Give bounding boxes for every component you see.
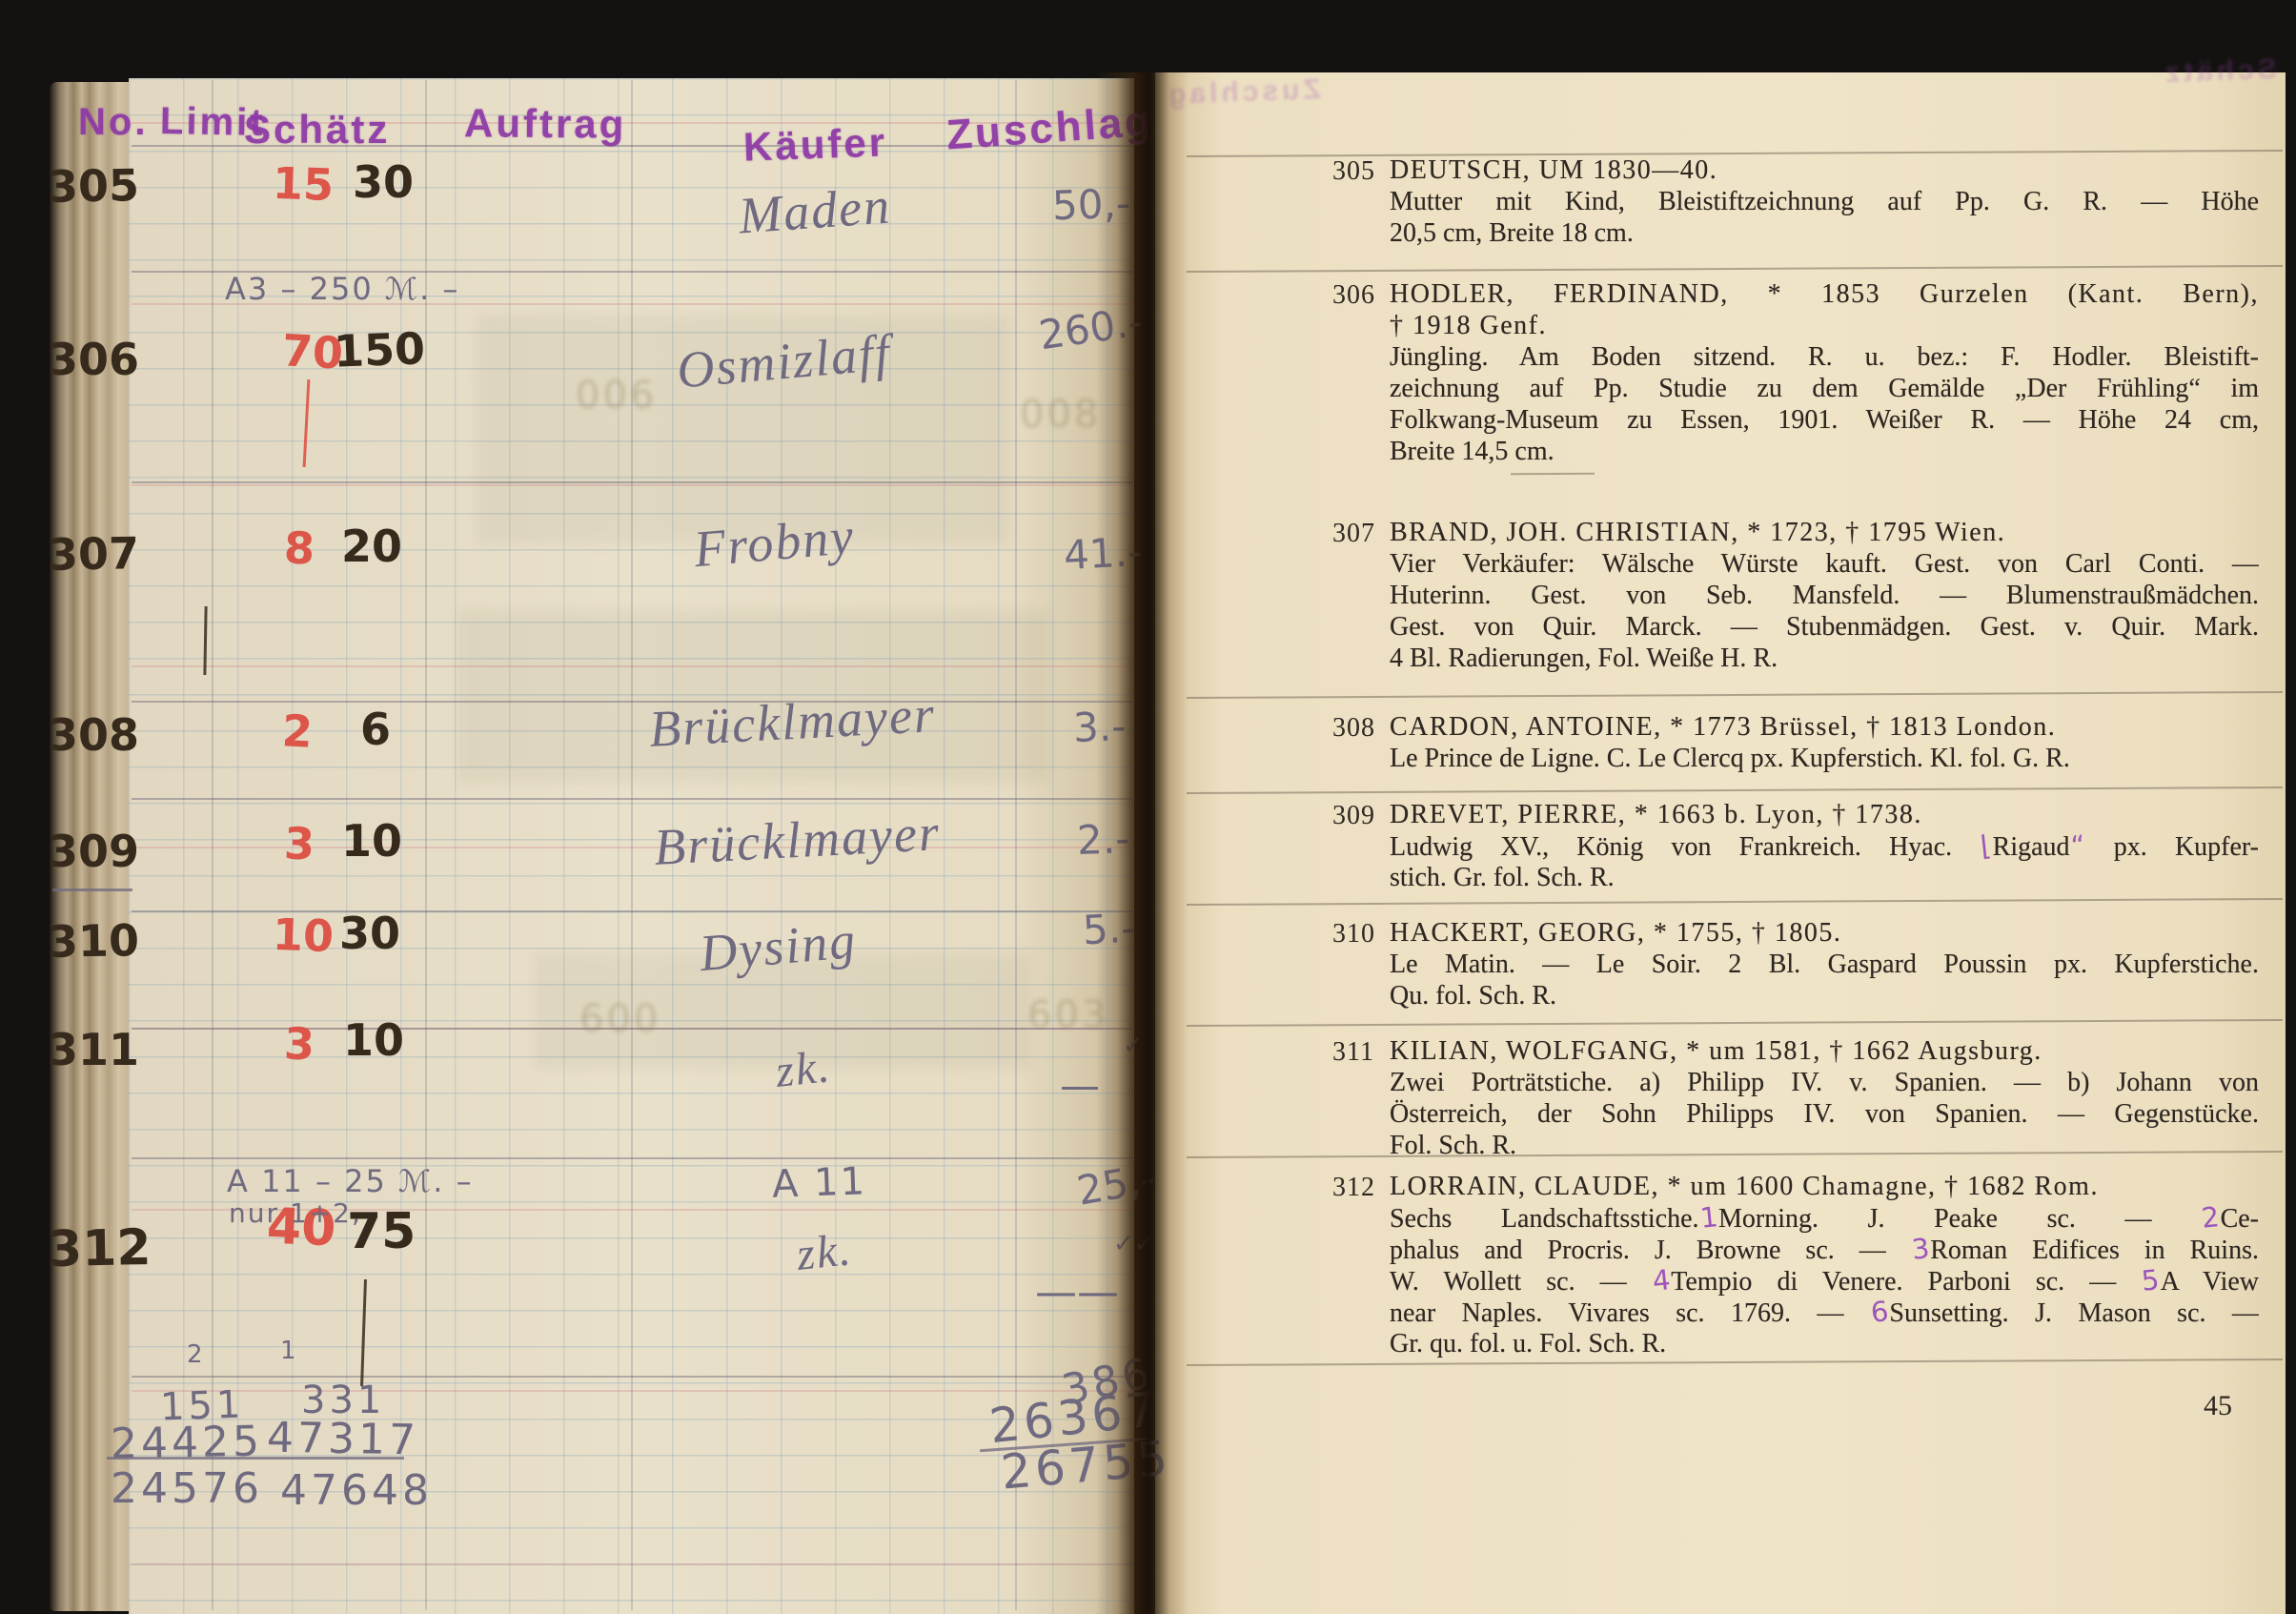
ghost-stamp: Zuschlag	[1164, 73, 1321, 112]
print-text: Morning. J. Peake sc. —	[1718, 1204, 2201, 1234]
ledger-column-line	[212, 80, 213, 1610]
handwritten-mark: 4	[1651, 1265, 1672, 1297]
zuschlag-extra: ——	[1035, 1268, 1119, 1317]
entry-body-line: Huterinn. Gest. von Seb. Mansfeld. — Blu…	[1390, 580, 2259, 611]
catalog-entry: 306HODLER, FERDINAND, * 1853 Gurzelen (K…	[1332, 278, 2263, 467]
zuschlag-value: —	[1060, 1062, 1100, 1109]
sum-carry-small: 2	[187, 1340, 205, 1369]
lot-number: 308	[48, 709, 139, 761]
entry-text-block: KILIAN, WOLFGANG, * um 1581, † 1662 Augs…	[1390, 1035, 2259, 1161]
print-text: phalus and Procris. J. Browne sc. —	[1390, 1236, 1911, 1265]
limit-value: 10	[272, 909, 335, 962]
entry-body-line: Gr. qu. fol. u. Fol. Sch. R.	[1390, 1328, 2259, 1359]
schaetz-value: 10	[341, 815, 402, 867]
auftrag-note: A 11 – 25 ℳ. –	[227, 1163, 474, 1199]
lot-number: 310	[48, 914, 140, 968]
print-text: Rigaud	[1993, 832, 2070, 862]
entry-body-line: stich. Gr. fol. Sch. R.	[1390, 862, 2259, 893]
sum-carry-small: 1	[280, 1337, 298, 1365]
print-text: † 1918 Genf.	[1390, 311, 1547, 340]
entry-body-line: Le Matin. — Le Soir. 2 Bl. Gaspard Pouss…	[1390, 949, 2259, 980]
zuschlag-value: 41.-	[1063, 528, 1143, 579]
handwritten-mark: 5	[2141, 1265, 2162, 1297]
entry-heading-line: HODLER, FERDINAND, * 1853 Gurzelen (Kant…	[1390, 278, 2259, 310]
entry-body-line: Breite 14,5 cm.	[1390, 436, 2259, 467]
entry-body-line: Zwei Porträtstiche. a) Philipp IV. v. Sp…	[1390, 1067, 2259, 1098]
zuschlag-value: 50,-	[1051, 180, 1131, 230]
print-text: Ce-	[2221, 1204, 2259, 1234]
print-text: px. Kupfer-	[2086, 832, 2259, 862]
sum-subtotal: 24425	[111, 1418, 264, 1469]
check-marks: ✓✓	[1113, 1230, 1155, 1258]
lot-number: 305	[48, 159, 140, 213]
handwritten-mark: ⌊	[1980, 830, 1994, 862]
print-text: 20,5 cm, Breite 18 cm.	[1390, 218, 1634, 248]
page-number: 45	[2204, 1390, 2232, 1422]
entry-text-block: LORRAIN, CLAUDE, * um 1600 Chamagne, † 1…	[1390, 1171, 2259, 1359]
column-header-kaeufer: Käufer	[742, 119, 888, 170]
print-text: CARDON, ANTOINE, * 1773 Brüssel, † 1813 …	[1390, 712, 2056, 742]
zuschlag-value: 3.-	[1072, 703, 1127, 751]
column-header-auftrag: Auftrag	[464, 100, 627, 147]
entry-body-line: 20,5 cm, Breite 18 cm.	[1390, 217, 2259, 249]
print-text: Huterinn. Gest. von Seb. Mansfeld. — Blu…	[1390, 581, 2259, 610]
print-text: Österreich, der Sohn Philipps IV. von Sp…	[1390, 1099, 2259, 1129]
lot-number: 309	[48, 826, 139, 877]
limit-value: 3	[283, 817, 315, 869]
print-text: DREVET, PIERRE, * 1663 b. Lyon, † 1738.	[1390, 800, 1922, 829]
entry-lot-number: 308	[1332, 713, 1375, 744]
catalog-entry: 308CARDON, ANTOINE, * 1773 Brüssel, † 18…	[1332, 711, 2263, 774]
entry-text-block: HODLER, FERDINAND, * 1853 Gurzelen (Kant…	[1390, 278, 2259, 467]
entry-body-line: Österreich, der Sohn Philipps IV. von Sp…	[1390, 1098, 2259, 1130]
print-text: W. Wollett sc. —	[1390, 1267, 1652, 1297]
print-text: 4 Bl. Radierungen, Fol. Weiße H. R.	[1390, 644, 1778, 673]
ghost-numerals: 600	[579, 997, 660, 1041]
print-text: Jüngling. Am Boden sitzend. R. u. bez.: …	[1390, 342, 2259, 372]
entry-lot-number: 312	[1332, 1173, 1375, 1203]
entry-lot-number: 307	[1332, 519, 1375, 549]
entry-heading-line: LORRAIN, CLAUDE, * um 1600 Chamagne, † 1…	[1390, 1171, 2259, 1202]
print-text: zeichnung auf Pp. Studie zu dem Gemälde …	[1390, 374, 2259, 403]
entry-body-line: Ludwig XV., König von Frankreich. Hyac. …	[1390, 830, 2259, 862]
handwritten-mark: 1	[1698, 1202, 1719, 1234]
print-text: Le Matin. — Le Soir. 2 Bl. Gaspard Pouss…	[1390, 950, 2259, 979]
ghost-stamp: Schätz	[2161, 53, 2277, 90]
limit-value: 2	[281, 705, 315, 758]
zuschlag-value: 5.-	[1082, 905, 1137, 954]
sum-total: 47648	[280, 1466, 433, 1515]
schaetz-value: 20	[341, 521, 402, 572]
print-text: Gr. qu. fol. u. Fol. Sch. R.	[1390, 1329, 1666, 1359]
kaeufer-name: Maden	[737, 175, 893, 245]
entry-text-block: DREVET, PIERRE, * 1663 b. Lyon, † 1738.L…	[1390, 799, 2259, 893]
limit-value: 8	[283, 521, 315, 574]
print-text: DEUTSCH, UM 1830—40.	[1390, 155, 1717, 185]
sum-underline	[107, 1457, 404, 1460]
print-text: Mutter mit Kind, Bleistiftzeichnung auf …	[1390, 187, 2259, 216]
kaeufer-name: A 11	[771, 1159, 867, 1206]
auftrag-note: A3 – 250 ℳ. –	[225, 271, 459, 307]
print-text: BRAND, JOH. CHRISTIAN, * 1723, † 1795 Wi…	[1390, 518, 2005, 547]
lot-number: 307	[48, 527, 140, 581]
entry-heading-line: DEUTSCH, UM 1830—40.	[1390, 154, 2259, 186]
kaeufer-extra: zk.	[794, 1223, 854, 1281]
entry-body-line: 4 Bl. Radierungen, Fol. Weiße H. R.	[1390, 643, 2259, 674]
handwritten-mark: 3	[1910, 1234, 1931, 1265]
entry-body-line: near Naples. Vivares sc. 1769. — 6Sunset…	[1390, 1297, 2259, 1328]
entry-text-block: HACKERT, GEORG, * 1755, † 1805.Le Matin.…	[1390, 917, 2259, 1011]
entry-lot-number: 310	[1332, 919, 1375, 950]
schaetz-value: 30	[353, 156, 414, 208]
print-text: HODLER, FERDINAND, * 1853 Gurzelen (Kant…	[1390, 279, 2259, 309]
entry-heading-line: HACKERT, GEORG, * 1755, † 1805.	[1390, 917, 2259, 949]
entry-text-block: DEUTSCH, UM 1830—40.Mutter mit Kind, Ble…	[1390, 154, 2259, 249]
entry-heading-line: BRAND, JOH. CHRISTIAN, * 1723, † 1795 Wi…	[1390, 517, 2259, 548]
print-text: LORRAIN, CLAUDE, * um 1600 Chamagne, † 1…	[1390, 1172, 2099, 1201]
print-text: near Naples. Vivares sc. 1769. —	[1390, 1298, 1870, 1328]
entry-heading-line: DREVET, PIERRE, * 1663 b. Lyon, † 1738.	[1390, 799, 2259, 830]
entry-body-line: Fol. Sch. R.	[1390, 1130, 2259, 1161]
kaeufer-name: zk.	[773, 1040, 833, 1098]
catalog-entry: 312LORRAIN, CLAUDE, * um 1600 Chamagne, …	[1332, 1171, 2263, 1359]
entry-body-line: Sechs Landschaftsstiche.1Morning. J. Pea…	[1390, 1202, 2259, 1234]
limit-value: 3	[283, 1017, 315, 1070]
catalog-entry: 307BRAND, JOH. CHRISTIAN, * 1723, † 1795…	[1332, 517, 2263, 674]
ledger-column-line	[425, 80, 427, 1610]
entry-body-line: Vier Verkäufer: Wälsche Würste kauft. Ge…	[1390, 548, 2259, 580]
print-text: HACKERT, GEORG, * 1755, † 1805.	[1390, 918, 1841, 948]
entry-text-block: CARDON, ANTOINE, * 1773 Brüssel, † 1813 …	[1390, 711, 2259, 774]
ledger-column-line	[1015, 80, 1017, 1610]
print-text: Vier Verkäufer: Wälsche Würste kauft. Ge…	[1390, 549, 2259, 579]
print-text: stich. Gr. fol. Sch. R.	[1390, 863, 1615, 892]
catalog-entry: 309DREVET, PIERRE, * 1663 b. Lyon, † 173…	[1332, 799, 2263, 893]
auftrag-note-2: nur 1+2,	[229, 1197, 362, 1229]
handwritten-mark: 2	[2200, 1202, 2221, 1234]
print-text: Zwei Porträtstiche. a) Philipp IV. v. Sp…	[1390, 1068, 2259, 1097]
entry-heading-line: KILIAN, WOLFGANG, * um 1581, † 1662 Augs…	[1390, 1035, 2259, 1067]
schaetz-value: 30	[339, 908, 400, 959]
schaetz-value: 150	[333, 322, 426, 377]
print-text: A View	[2161, 1267, 2259, 1297]
handwritten-mark: 6	[1869, 1297, 1890, 1328]
print-text: Sechs Landschaftsstiche.	[1390, 1204, 1699, 1234]
schaetz-value: 6	[360, 704, 391, 755]
entry-body-line: Jüngling. Am Boden sitzend. R. u. bez.: …	[1390, 341, 2259, 373]
entry-lot-number: 305	[1332, 156, 1375, 187]
print-text: KILIAN, WOLFGANG, * um 1581, † 1662 Augs…	[1390, 1036, 2042, 1066]
print-text: Sunsetting. J. Mason sc. —	[1889, 1298, 2259, 1328]
print-text: Roman Edifices in Ruins.	[1930, 1236, 2259, 1265]
check-marks: ✓	[1123, 1032, 1144, 1060]
print-text: Tempio di Venere. Parboni sc. —	[1671, 1267, 2141, 1297]
catalog-entry: 305DEUTSCH, UM 1830—40.Mutter mit Kind, …	[1332, 154, 2263, 249]
entry-body-line: Qu. fol. Sch. R.	[1390, 980, 2259, 1011]
entry-lot-number: 306	[1332, 280, 1375, 311]
print-text: Fol. Sch. R.	[1390, 1131, 1516, 1160]
limit-value: 15	[272, 157, 335, 211]
print-text: Gest. von Quir. Marck. — Stubenmädgen. G…	[1390, 612, 2259, 642]
lot-number: 311	[48, 1024, 139, 1075]
entry-body-line: phalus and Procris. J. Browne sc. — 3Rom…	[1390, 1234, 2259, 1265]
schaetz-value: 10	[343, 1014, 404, 1066]
entry-text-block: BRAND, JOH. CHRISTIAN, * 1723, † 1795 Wi…	[1390, 517, 2259, 674]
entry-body-line: Gest. von Quir. Marck. — Stubenmädgen. G…	[1390, 611, 2259, 643]
print-text: Qu. fol. Sch. R.	[1390, 981, 1556, 1011]
entry-body-line: W. Wollett sc. — 4Tempio di Venere. Parb…	[1390, 1265, 2259, 1297]
print-text: Le Prince de Ligne. C. Le Clercq px. Kup…	[1390, 744, 2070, 773]
column-header-no: No.	[78, 101, 148, 144]
sum-total: 24576	[111, 1464, 263, 1513]
print-text: Breite 14,5 cm.	[1390, 437, 1554, 466]
lot-number: 306	[48, 334, 139, 385]
entry-lot-number: 311	[1332, 1037, 1374, 1068]
catalog-entry: 310HACKERT, GEORG, * 1755, † 1805.Le Mat…	[1332, 917, 2263, 1011]
entry-body-line: zeichnung auf Pp. Studie zu dem Gemälde …	[1390, 373, 2259, 404]
entry-body-line: Le Prince de Ligne. C. Le Clercq px. Kup…	[1390, 743, 2259, 774]
ledger-column-line	[631, 80, 633, 1610]
entry-heading-line: CARDON, ANTOINE, * 1773 Brüssel, † 1813 …	[1390, 711, 2259, 743]
ghost-numerals: 603	[1027, 993, 1108, 1037]
pen-underline	[52, 889, 132, 891]
lot-number: 312	[47, 1219, 152, 1278]
catalog-entry: 311KILIAN, WOLFGANG, * um 1581, † 1662 A…	[1332, 1035, 2263, 1161]
print-text: Folkwang-Museum zu Essen, 1901. Weißer R…	[1390, 405, 2259, 435]
entry-body-line: Mutter mit Kind, Bleistiftzeichnung auf …	[1390, 186, 2259, 217]
entry-body-line: Folkwang-Museum zu Essen, 1901. Weißer R…	[1390, 404, 2259, 436]
auction-ledger-book-scan: 45 No.LimitSchätzAuftragKäuferZuschlag30…	[0, 0, 2296, 1614]
zuschlag-value: 2.-	[1076, 815, 1130, 864]
ghost-numerals: 008	[1020, 393, 1101, 437]
ghost-numerals: 006	[576, 374, 657, 418]
handwritten-mark: “	[2069, 830, 2086, 862]
entry-lot-number: 309	[1332, 801, 1375, 831]
print-text: Ludwig XV., König von Frankreich. Hyac.	[1390, 832, 1980, 862]
column-header-schaetz: Schätz	[244, 107, 390, 153]
entry-heading-line: † 1918 Genf.	[1390, 310, 2259, 341]
